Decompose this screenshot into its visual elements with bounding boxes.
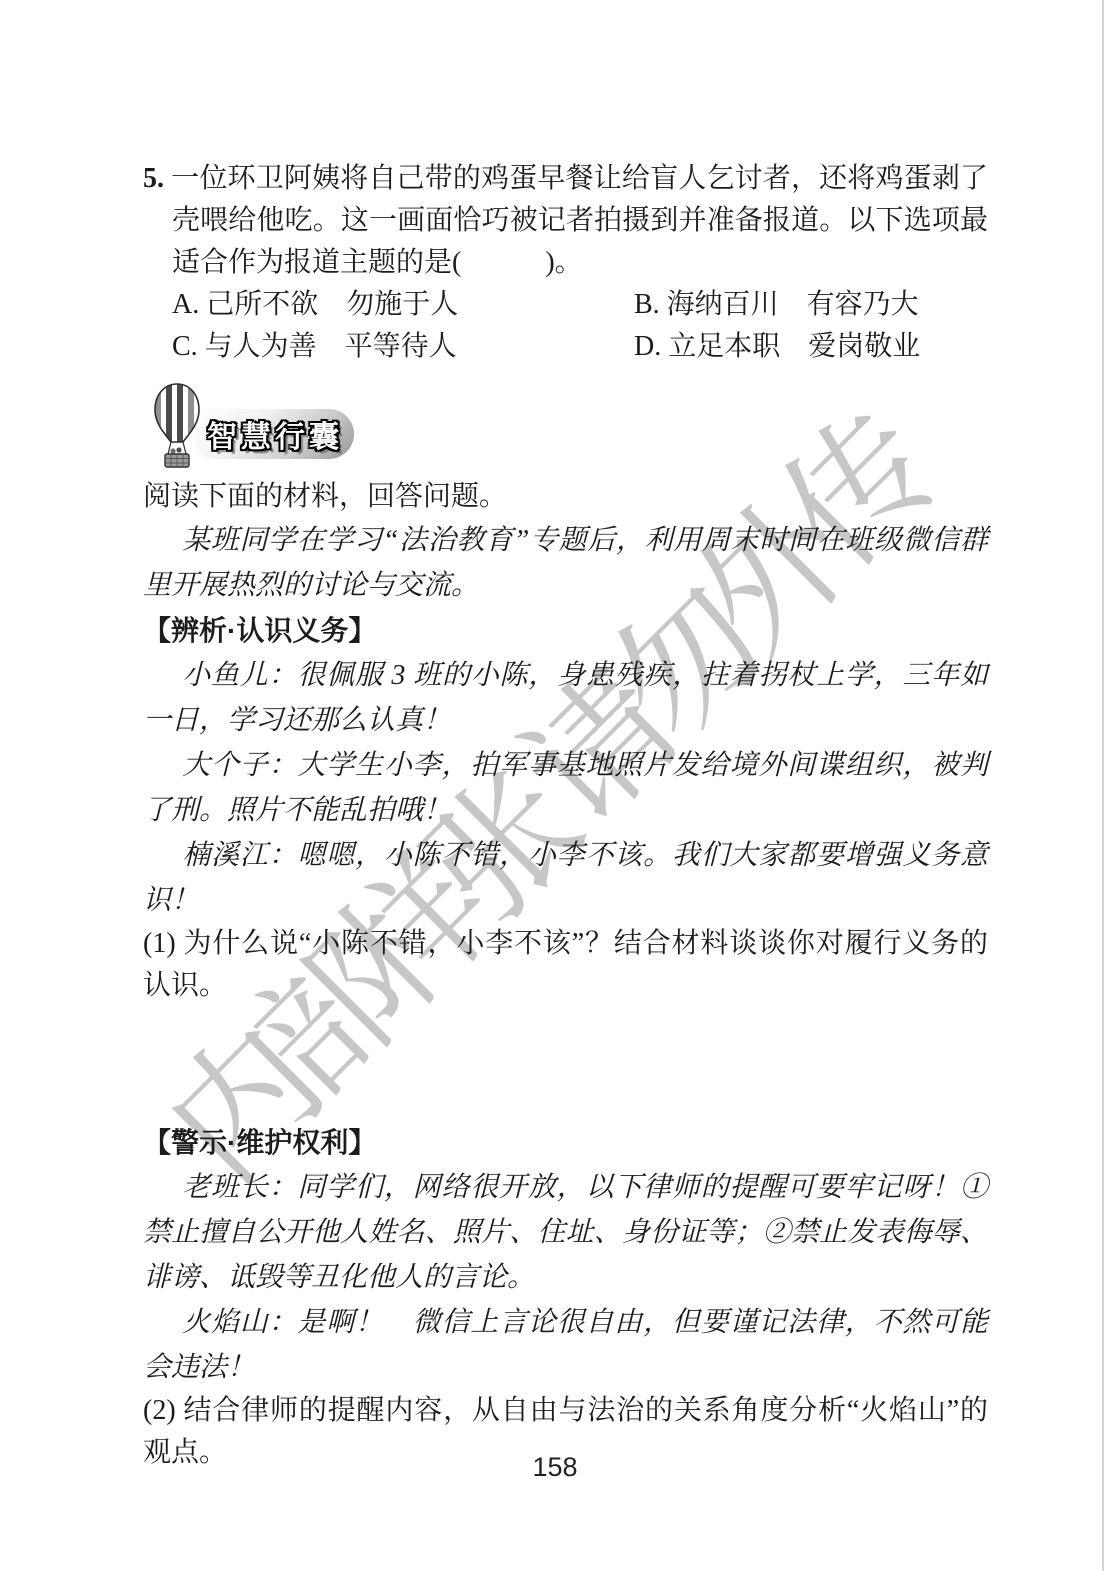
page-number: 158: [0, 1452, 1110, 1483]
option-c: C. 与人为善 平等待人: [172, 326, 634, 368]
exercise-intro: 阅读下面的材料，回答问题。: [143, 476, 988, 518]
dialogue-dagezi: 大个子：大学生小李，拍军事基地照片发给境外间谍组织，被判了刑。照片不能乱拍哦！: [143, 743, 988, 833]
option-d: D. 立足本职 爱岗敬业: [634, 326, 988, 368]
material-intro: 某班同学在学习“法治教育”专题后，利用周末时间在班级微信群里开展热烈的讨论与交流…: [143, 518, 988, 608]
question-stem: 5. 一位环卫阿姨将自己带的鸡蛋早餐让给盲人乞讨者，还将鸡蛋剥了壳喂给他吃。这一…: [143, 158, 988, 284]
badge-title: 智慧行囊: [207, 412, 343, 456]
section-badge: 智慧行囊: [143, 382, 988, 468]
dialogue-laobanzhang: 老班长：同学们，网络很开放，以下律师的提醒可要牢记呀！①禁止擅自公开他人姓名、照…: [143, 1165, 988, 1300]
page-edge-line: [1102, 0, 1104, 1571]
part-2: 【警示·维护权利】 老班长：同学们，网络很开放，以下律师的提醒可要牢记呀！①禁止…: [143, 1120, 988, 1474]
part1-heading: 【辨析·认识义务】: [143, 608, 988, 653]
workbook-page: 内部样张 请勿外传 5. 一位环卫阿姨将自己带的鸡蛋早餐让给盲人乞讨者，还将鸡蛋…: [0, 0, 1110, 1571]
question-number: 5.: [143, 163, 164, 194]
question-5: 5. 一位环卫阿姨将自己带的鸡蛋早餐让给盲人乞讨者，还将鸡蛋剥了壳喂给他吃。这一…: [143, 158, 988, 368]
dialogue-nanxijiang: 楠溪江：嗯嗯，小陈不错，小李不该。我们大家都要增强义务意识！: [143, 833, 988, 923]
part-1: 【辨析·认识义务】 小鱼儿：很佩服 3 班的小陈，身患残疾，拄着拐杖上学，三年如…: [143, 608, 988, 1007]
question-stem-text: 一位环卫阿姨将自己带的鸡蛋早餐让给盲人乞讨者，还将鸡蛋剥了壳喂给他吃。这一画面恰…: [171, 163, 988, 278]
option-a: A. 己所不欲 勿施于人: [172, 284, 634, 326]
dialogue-huoyanshan: 火焰山：是啊！ 微信上言论很自由，但要谨记法律，不然可能会违法！: [143, 1300, 988, 1390]
page-content: 5. 一位环卫阿姨将自己带的鸡蛋早餐让给盲人乞讨者，还将鸡蛋剥了壳喂给他吃。这一…: [143, 158, 988, 1474]
part2-heading: 【警示·维护权利】: [143, 1120, 988, 1165]
hot-air-balloon-icon: [151, 382, 203, 468]
part1-question: (1) 为什么说“小陈不错，小李不该”？结合材料谈谈你对履行义务的认识。: [143, 923, 988, 1007]
dialogue-xiaoyuer: 小鱼儿：很佩服 3 班的小陈，身患残疾，拄着拐杖上学，三年如一日，学习还那么认真…: [143, 653, 988, 743]
badge-pill: 智慧行囊: [196, 409, 354, 459]
option-b: B. 海纳百川 有容乃大: [634, 284, 988, 326]
options-grid: A. 己所不欲 勿施于人 B. 海纳百川 有容乃大 C. 与人为善 平等待人 D…: [172, 284, 988, 368]
